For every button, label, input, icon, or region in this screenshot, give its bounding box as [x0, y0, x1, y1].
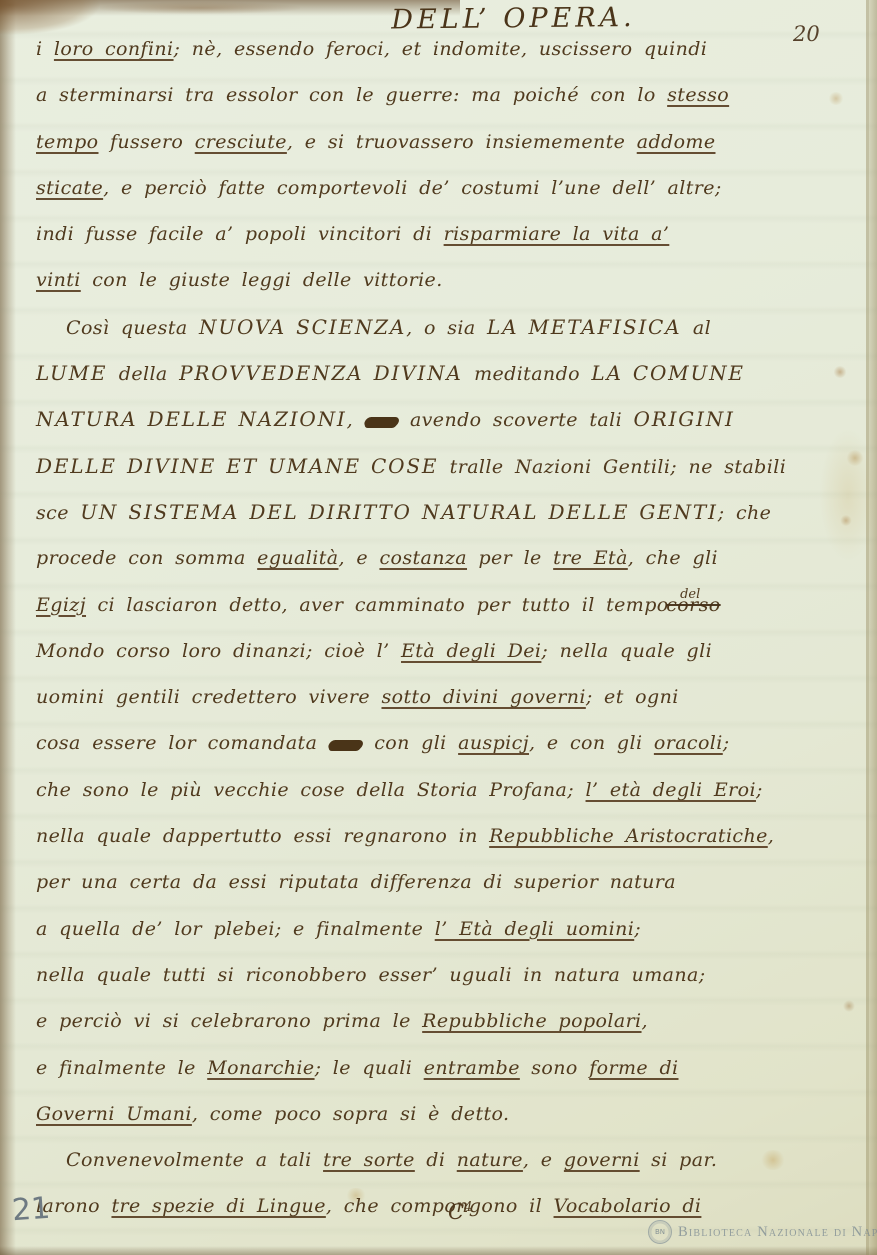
manuscript-line: cosa essere lor comandata con gli auspic… [36, 720, 836, 766]
manuscript-line: a sterminarsi tra essolor con le guerre:… [36, 72, 836, 118]
pencil-page-number: 21 [11, 1191, 52, 1229]
manuscript-line: procede con somma egualità, e costanza p… [36, 535, 836, 581]
deleted-word-scribble [363, 417, 400, 427]
manuscript-line: e finalmente le Monarchie; le quali entr… [36, 1045, 836, 1091]
foxing-spot [840, 515, 852, 526]
manuscript-line: i loro confini; nè, essendo feroci, et i… [36, 26, 836, 72]
page-edge-strip [869, 0, 877, 1255]
foxing-spot [843, 1000, 855, 1012]
deleted-word-scribble [327, 740, 364, 750]
manuscript-line: vinti con le giuste leggi delle vittorie… [36, 257, 836, 303]
catchword-superscript: 4 [464, 1200, 472, 1215]
library-stamp-text: Biblioteca Nazionale di Napoli [678, 1224, 877, 1241]
manuscript-line: LUME della PROVVEDENZA DIVINA meditando … [36, 350, 836, 396]
manuscript-lines: i loro confini; nè, essendo feroci, et i… [36, 26, 836, 1230]
manuscript-line: e perciò vi si celebrarono prima le Repu… [36, 998, 836, 1044]
manuscript-line: Mondo corso loro dinanzi; cioè l’ Età de… [36, 628, 836, 674]
manuscript-line: per una certa da essi riputata differenz… [36, 859, 836, 905]
manuscript-line: uomini gentili credettero vivere sotto d… [36, 674, 836, 720]
catchword: C4 [448, 1200, 472, 1224]
manuscript-line: Così questa NUOVA SCIENZA, o sia LA META… [36, 304, 836, 350]
binding-edge-shadow [0, 0, 16, 1255]
manuscript-line: Convenevolmente a tali tre sorte di natu… [36, 1137, 836, 1183]
manuscript-line: a quella de’ lor plebei; e finalmente l’… [36, 906, 836, 952]
catchword-letter: C [448, 1200, 464, 1224]
manuscript-line: tempo fussero cresciute, e si truovasser… [36, 119, 836, 165]
manuscript-line: Egizj ci lasciaron detto, aver camminato… [36, 582, 836, 628]
manuscript-line: indi fusse facile a’ popoli vincitori di… [36, 211, 836, 257]
library-seal-icon: BN [648, 1220, 672, 1244]
bottom-edge-shadow [0, 1246, 877, 1255]
seal-monogram: BN [655, 1228, 665, 1236]
foxing-spot [846, 450, 864, 466]
manuscript-line: nella quale dappertutto essi regnarono i… [36, 813, 836, 859]
library-stamp: BN Biblioteca Nazionale di Napoli [648, 1220, 877, 1244]
manuscript-line: che sono le più vecchie cose della Stori… [36, 767, 836, 813]
manuscript-line: DELLE DIVINE ET UMANE COSE tralle Nazion… [36, 443, 836, 489]
manuscript-page: DELL’ OPERA. 20 i loro confini; nè, esse… [0, 0, 877, 1255]
manuscript-line: sce UN SISTEMA DEL DIRITTO NATURAL DELLE… [36, 489, 836, 535]
manuscript-line: NATURA DELLE NAZIONI, avendo scoverte ta… [36, 396, 836, 442]
manuscript-line: nella quale tutti si riconobbero esser’ … [36, 952, 836, 998]
manuscript-line: sticate, e perciò fatte comportevoli de’… [36, 165, 836, 211]
manuscript-line: Governi Umani, come poco sopra si è dett… [36, 1091, 836, 1137]
